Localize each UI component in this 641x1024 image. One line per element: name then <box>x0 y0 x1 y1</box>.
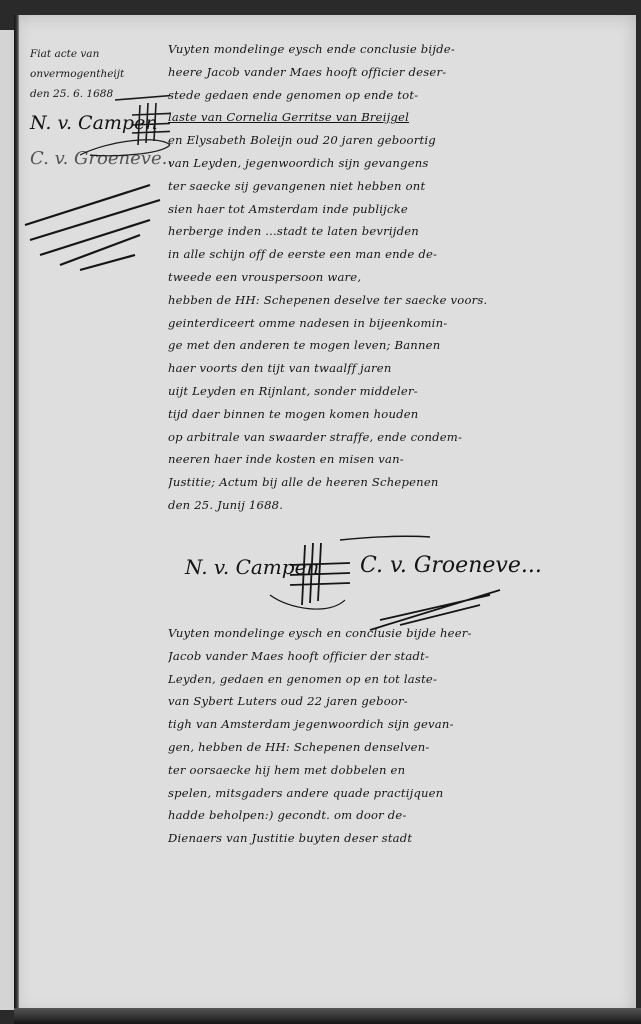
text-line: van Sybert Luters oud 22 jaren geboor- <box>168 690 630 713</box>
margin-signature-campen: N. v. Campen <box>30 112 158 134</box>
text-line: spelen, mitsgaders andere quade practijq… <box>168 782 630 805</box>
text-line: neeren haer inde kosten en misen van- <box>168 448 630 471</box>
signature-groeneveld: C. v. Groeneve... <box>360 553 542 578</box>
text-line: herberge inden ...stadt te laten bevrijd… <box>168 220 630 243</box>
text-line: ter oorsaecke hij hem met dobbelen en <box>168 759 630 782</box>
text-line: Justitie; Actum bij alle de heeren Schep… <box>168 471 630 494</box>
text-line: hebben de HH: Schepenen deselve ter saec… <box>168 289 630 312</box>
text-line: in alle schijn off de eerste een man end… <box>168 243 630 266</box>
margin-note-line: den 25. 6. 1688 <box>30 84 165 104</box>
text-line: Dienaers van Justitie buyten deser stadt <box>168 827 630 850</box>
text-line: geinterdiceert omme nadesen in bijeenkom… <box>168 312 630 335</box>
signature-campen: N. v. Campen <box>185 555 319 579</box>
text-line: ge met den anderen te mogen leven; Banne… <box>168 334 630 357</box>
text-line: Jacob vander Maes hooft officier der sta… <box>168 645 630 668</box>
court-entry-1: Vuyten mondelinge eysch ende conclusie b… <box>168 38 630 517</box>
text-line: laste van Cornelia Gerritse van Breijgel <box>168 106 630 129</box>
text-line: haer voorts den tijt van twaalff jaren <box>168 357 630 380</box>
text-line: tweede een vrouspersoon ware, <box>168 266 630 289</box>
text-line: Vuyten mondelinge eysch en conclusie bij… <box>168 622 630 645</box>
text-line: tijd daer binnen te mogen komen houden <box>168 403 630 426</box>
text-line: hadde beholpen:) gecondt. om door de- <box>168 804 630 827</box>
text-line: Vuyten mondelinge eysch ende conclusie b… <box>168 38 630 61</box>
book-bottom-edge <box>14 1008 641 1024</box>
margin-note-line: onvermogentheijt <box>30 64 165 84</box>
text-line: gen, hebben de HH: Schepenen denselven- <box>168 736 630 759</box>
text-line: uijt Leyden en Rijnlant, sonder middeler… <box>168 380 630 403</box>
margin-note: Fiat acte van onvermogentheijt den 25. 6… <box>30 44 165 104</box>
margin-signature-groeneveld: C. v. Groeneve.. <box>30 148 173 169</box>
text-line: stede gedaen ende genomen op ende tot- <box>168 84 630 107</box>
text-line: Leyden, gedaen en genomen op en tot last… <box>168 668 630 691</box>
text-line: ter saecke sij gevangenen niet hebben on… <box>168 175 630 198</box>
court-entry-2: Vuyten mondelinge eysch en conclusie bij… <box>168 622 630 850</box>
text-line: tigh van Amsterdam jegenwoordich sijn ge… <box>168 713 630 736</box>
text-line: sien haer tot Amsterdam inde publijcke <box>168 198 630 221</box>
text-line: heere Jacob vander Maes hooft officier d… <box>168 61 630 84</box>
text-line: den 25. Junij 1688. <box>168 494 630 517</box>
text-line: en Elysabeth Boleijn oud 20 jaren geboor… <box>168 129 630 152</box>
text-line: op arbitrale van swaarder straffe, ende … <box>168 426 630 449</box>
margin-note-line: Fiat acte van <box>30 44 165 64</box>
previous-page-edge <box>0 30 14 1010</box>
page-binding-edge <box>14 15 19 1010</box>
text-line: van Leyden, jegenwoordich sijn gevangens <box>168 152 630 175</box>
scanned-manuscript: Fiat acte van onvermogentheijt den 25. 6… <box>0 0 641 1024</box>
